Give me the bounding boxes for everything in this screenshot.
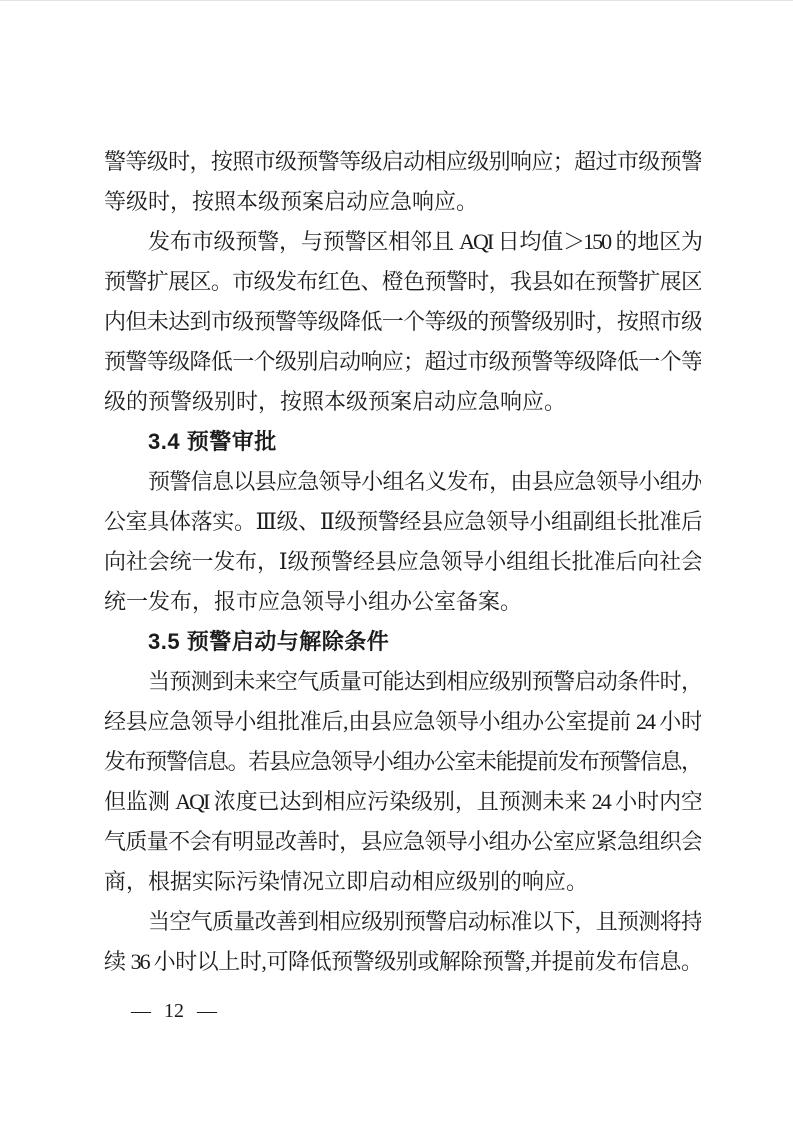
body-line: 公室具体落实。Ⅲ级、Ⅱ级预警经县应急领导小组副组长批准后	[104, 502, 701, 542]
body-line: 级的预警级别时，按照本级预案启动应急响应。	[104, 382, 701, 422]
body-line: 经县应急领导小组批准后,由县应急领导小组办公室提前 24 小时	[104, 702, 701, 742]
body-line: 预警信息以县应急领导小组名义发布，由县应急领导小组办	[104, 462, 701, 502]
section-heading-3-5: 3.5 预警启动与解除条件	[104, 622, 701, 662]
body-line: 续 36 小时以上时,可降低预警级别或解除预警,并提前发布信息。	[104, 942, 701, 982]
body-line: 预警等级降低一个级别启动响应；超过市级预警等级降低一个等	[104, 342, 701, 382]
footer-dash-left: —	[131, 1000, 151, 1023]
body-line: 发布预警信息。若县应急领导小组办公室未能提前发布预警信息，	[104, 742, 701, 782]
page-footer: — 12 —	[131, 997, 217, 1025]
page-number: 12	[164, 1000, 184, 1023]
body-line: 当预测到未来空气质量可能达到相应级别预警启动条件时，	[104, 662, 701, 702]
body-line: 当空气质量改善到相应级别预警启动标准以下，且预测将持	[104, 902, 701, 942]
body-line: 等级时，按照本级预案启动应急响应。	[104, 182, 701, 222]
body-line: 向社会统一发布，Ⅰ级预警经县应急领导小组组长批准后向社会	[104, 542, 701, 582]
page-body: 警等级时，按照市级预警等级启动相应级别响应；超过市级预警 等级时，按照本级预案启…	[104, 142, 701, 982]
body-line: 但监测 AQI 浓度已达到相应污染级别，且预测未来 24 小时内空	[104, 782, 701, 822]
body-line: 警等级时，按照市级预警等级启动相应级别响应；超过市级预警	[104, 142, 701, 182]
document-page: 警等级时，按照市级预警等级启动相应级别响应；超过市级预警 等级时，按照本级预案启…	[0, 0, 793, 1122]
body-line: 内但未达到市级预警等级降低一个等级的预警级别时，按照市级	[104, 302, 701, 342]
section-heading-3-4: 3.4 预警审批	[104, 422, 701, 462]
body-line: 发布市级预警，与预警区相邻且 AQI 日均值＞150 的地区为	[104, 222, 701, 262]
body-line: 气质量不会有明显改善时，县应急领导小组办公室应紧急组织会	[104, 822, 701, 862]
footer-dash-right: —	[197, 1000, 217, 1023]
body-line: 预警扩展区。市级发布红色、橙色预警时，我县如在预警扩展区	[104, 262, 701, 302]
body-line: 统一发布，报市应急领导小组办公室备案。	[104, 582, 701, 622]
body-line: 商，根据实际污染情况立即启动相应级别的响应。	[104, 862, 701, 902]
